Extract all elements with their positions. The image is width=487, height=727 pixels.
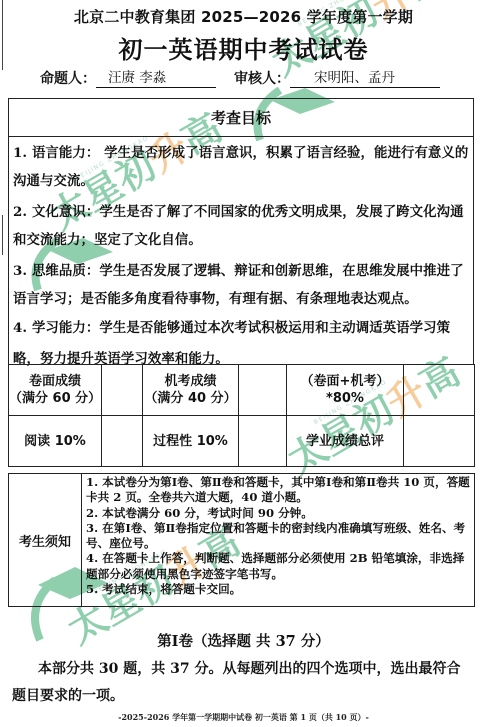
reading-cell[interactable]	[102, 416, 143, 467]
reading-label: 阅读 10%	[9, 416, 102, 467]
score-table: 卷面成绩 （满分 60 分） 机考成绩 （满分 40 分） （卷面+机考） *8…	[8, 364, 475, 467]
overall-label: 学业成绩总评	[287, 416, 404, 467]
objective-item-2: 2. 文化意识：学生是否了解了不同国家的优秀文明成果，发展了跨文化沟通和交流能力…	[13, 198, 471, 254]
school-title: 北京二中教育集团 2025—2026 学年度第一学期	[0, 6, 487, 27]
notice-item-2: 2. 本试卷满分 60 分，考试时间 90 分钟。	[86, 506, 470, 521]
author-label: 命题人：	[40, 68, 96, 88]
scan-edge-mark	[2, 215, 3, 255]
combined-score-cell[interactable]	[404, 365, 475, 416]
exam-title: 初一英语期中考试试卷	[0, 30, 487, 65]
computer-score-label: 机考成绩 （满分 40 分）	[143, 365, 239, 416]
notice-item-1: 1. 本试卷分为第Ⅰ卷、第Ⅱ卷和答题卡，其中第Ⅰ卷和第Ⅱ卷共 10 页，答题卡共…	[86, 475, 470, 506]
objectives-title: 考查目标	[9, 99, 473, 137]
page-footer: -2025-2026 学年第一学期期中试卷 初一英语 第 1 页（共 10 页）…	[0, 712, 487, 723]
reviewers-value: 宋明阳、孟丹	[290, 66, 440, 88]
reviewer-label: 审核人：	[234, 68, 290, 88]
section-description: 本部分共 30 题，共 37 分。从每题列出的四个选项中，选出最符合题目要求的一…	[12, 656, 474, 710]
score-row-2: 阅读 10% 过程性 10% 学业成绩总评	[9, 416, 475, 467]
objective-item-1: 1. 语言能力： 学生是否形成了语言意识，积累了语言经验，能进行有意义的沟通与交…	[13, 139, 471, 195]
paper-score-cell[interactable]	[102, 365, 143, 416]
notice-table: 考生须知 1. 本试卷分为第Ⅰ卷、第Ⅱ卷和答题卡，其中第Ⅰ卷和第Ⅱ卷共 10 页…	[8, 473, 475, 607]
notice-item-5: 5. 考试结束，将答题卡交回。	[86, 582, 470, 597]
notice-label: 考生须知	[9, 474, 82, 607]
computer-score-cell[interactable]	[239, 365, 287, 416]
notice-item-3: 3. 在第Ⅰ卷、第Ⅱ卷指定位置和答题卡的密封线内准确填写班级、姓名、考号、座位号…	[86, 521, 470, 552]
notice-item-4: 4. 在答题卡上作答，判断题、选择题部分必须使用 2B 铅笔填涂，非选择题部分必…	[86, 551, 470, 582]
objective-item-3: 3. 思维品质：学生是否发展了逻辑、辩证和创新思维，在思维发展中推进了语言学习；…	[13, 257, 471, 313]
paper-score-label: 卷面成绩 （满分 60 分）	[9, 365, 102, 416]
score-row-1: 卷面成绩 （满分 60 分） 机考成绩 （满分 40 分） （卷面+机考） *8…	[9, 365, 475, 416]
objectives-box: 考查目标 1. 语言能力： 学生是否形成了语言意识，积累了语言经验，能进行有意义…	[8, 98, 474, 364]
process-cell[interactable]	[239, 416, 287, 467]
section-title: 第Ⅰ卷（选择题 共 37 分）	[0, 630, 487, 651]
overall-cell[interactable]	[404, 416, 475, 467]
authors-value: 汪赓 李淼	[96, 66, 216, 88]
process-label: 过程性 10%	[143, 416, 239, 467]
notice-body: 1. 本试卷分为第Ⅰ卷、第Ⅱ卷和答题卡，其中第Ⅰ卷和第Ⅱ卷共 10 页，答题卡共…	[82, 474, 475, 607]
authors-row: 命题人： 汪赓 李淼 审核人： 宋明阳、孟丹	[40, 68, 460, 88]
combined-score-label: （卷面+机考） *80%	[287, 365, 404, 416]
